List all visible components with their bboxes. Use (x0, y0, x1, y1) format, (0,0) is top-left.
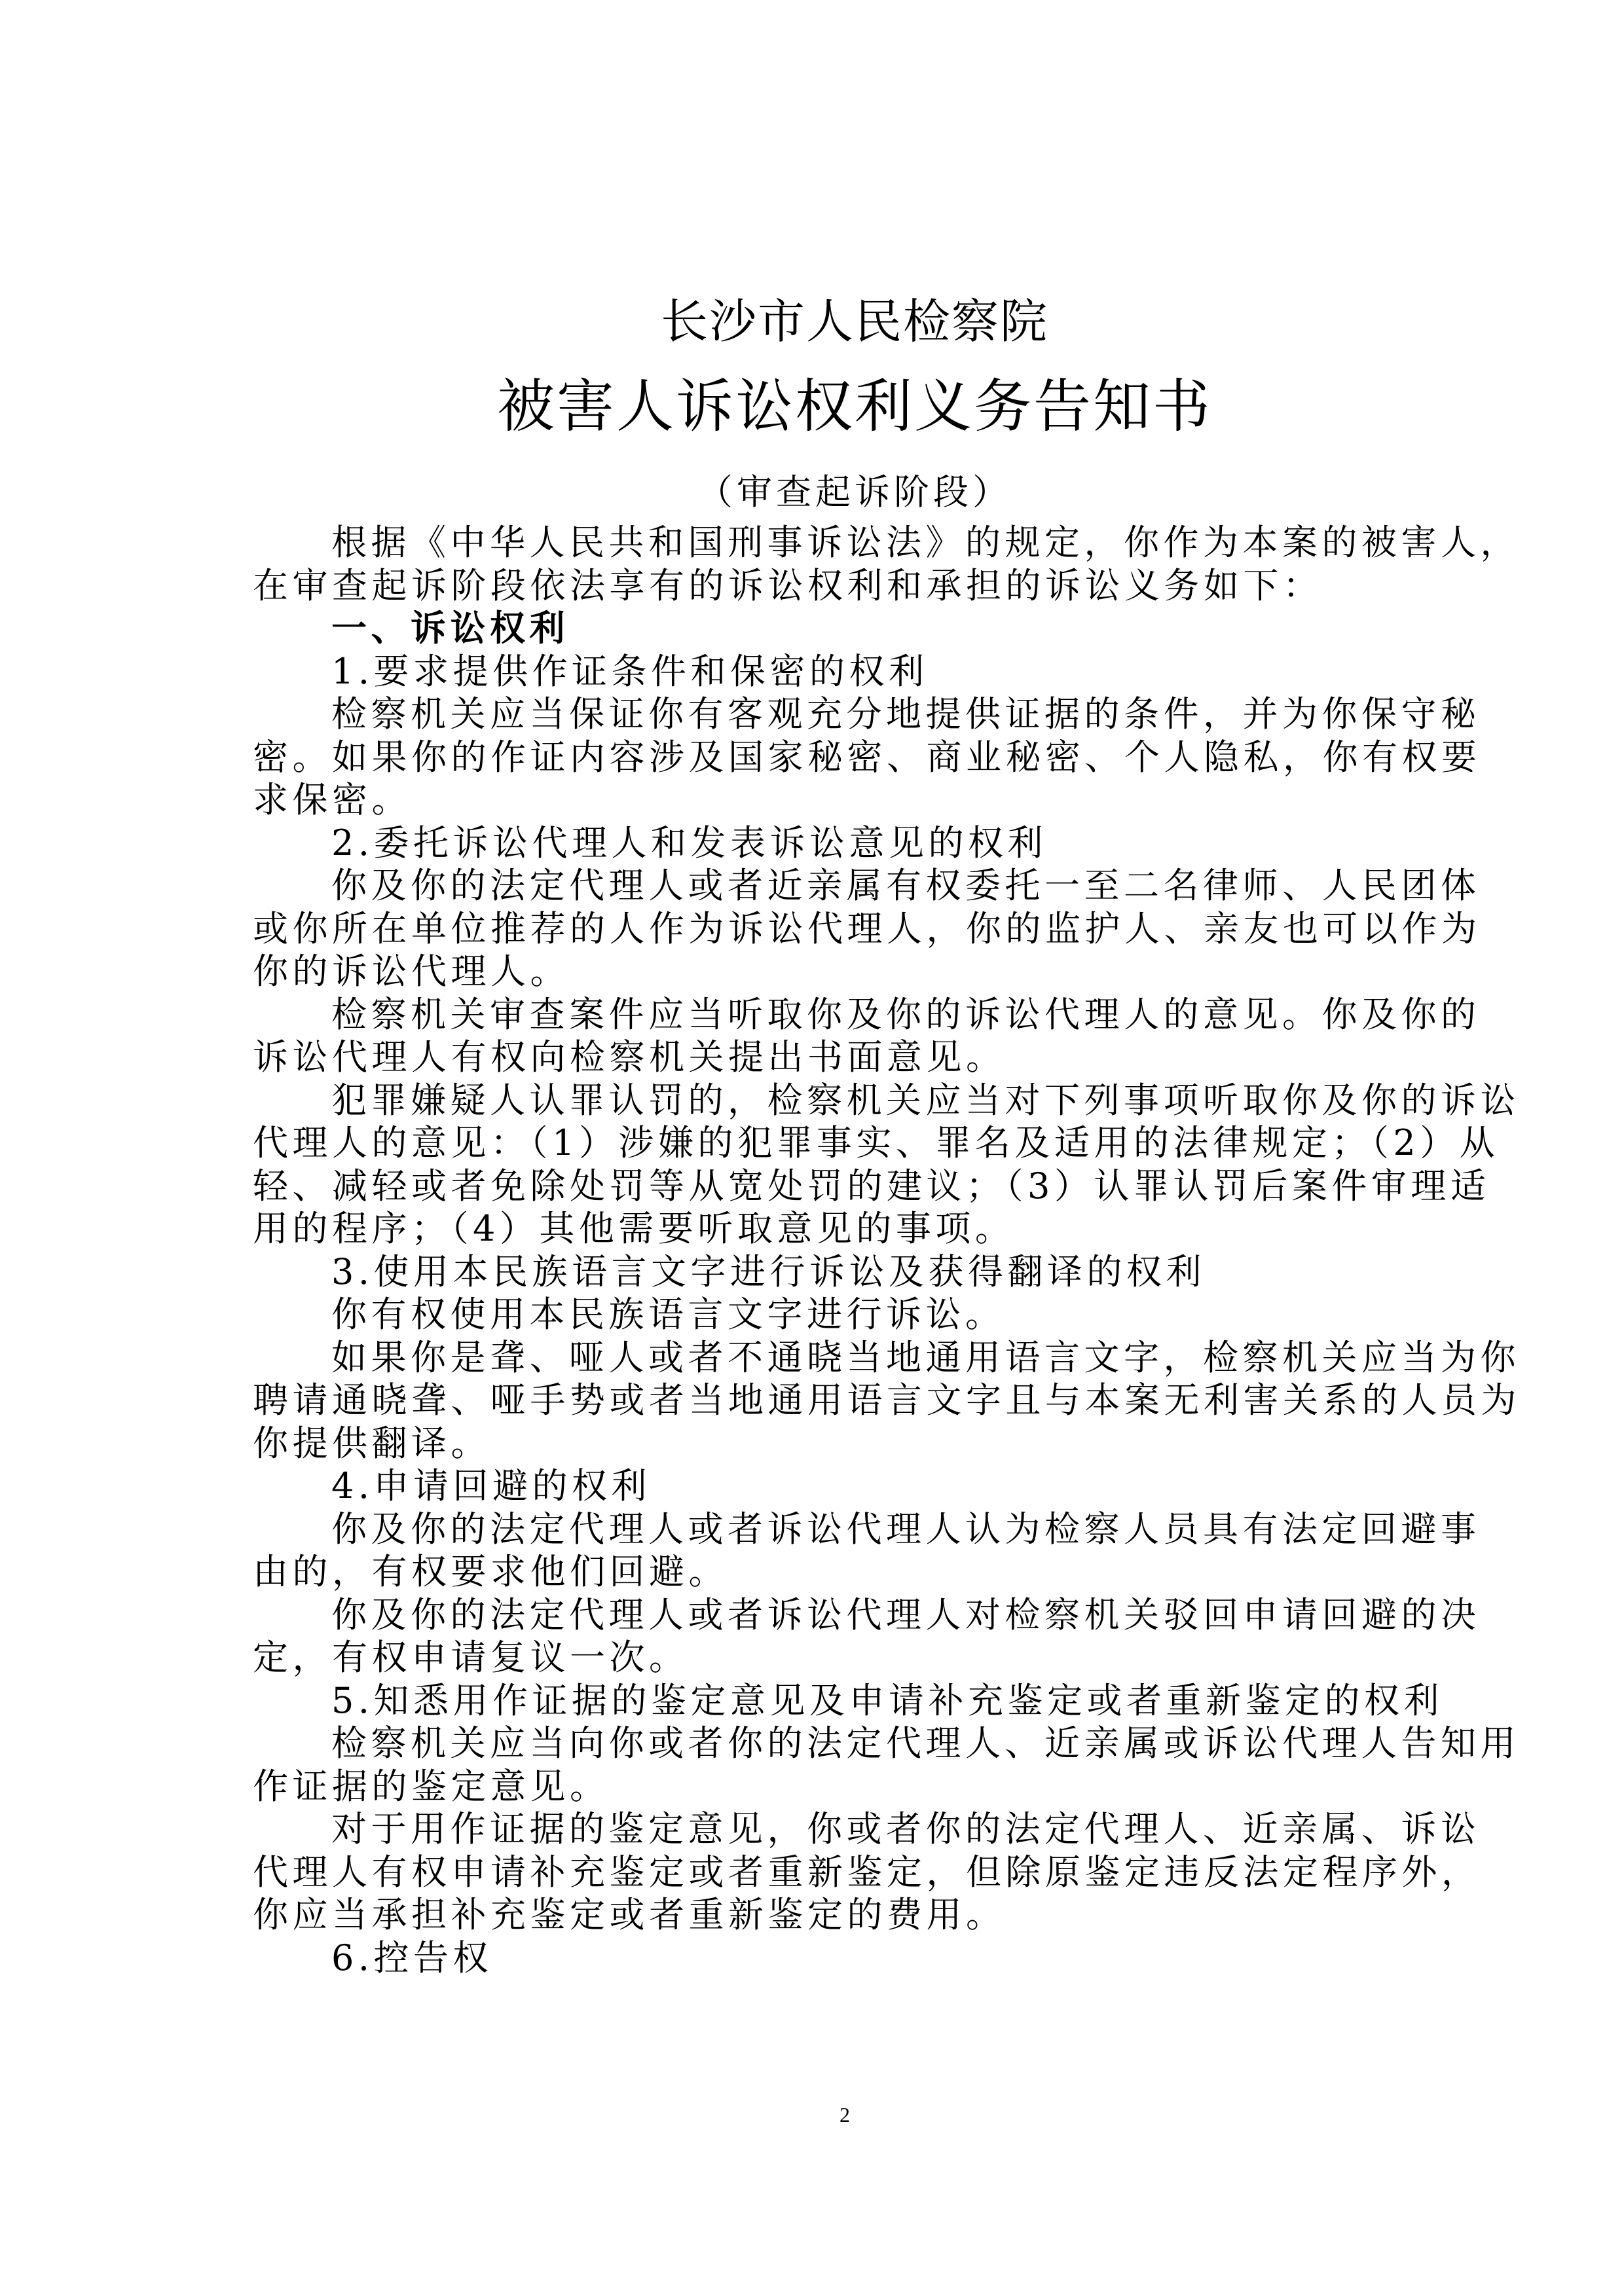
document-page: 长沙市人民检察院 被害人诉讼权利义务告知书 （审查起诉阶段） 根据《中华人民共和… (0, 0, 1624, 2296)
page-number: 2 (832, 2102, 858, 2128)
document-title: 被害人诉讼权利义务告知书 (0, 371, 1624, 443)
paragraph-line: 定，有权申请复议一次。 (253, 1636, 1451, 1679)
paragraph-line: 你应当承担补充鉴定或者重新鉴定的费用。 (253, 1893, 1451, 1937)
paragraph-line: 你的诉讼代理人。 (253, 950, 1451, 993)
paragraph-line: 检察机关审查案件应当听取你及你的诉讼代理人的意见。你及你的 (253, 993, 1451, 1036)
paragraph-line: 密。如果你的作证内容涉及国家秘密、商业秘密、个人隐私，你有权要 (253, 736, 1451, 779)
paragraph-line: 对于用作证据的鉴定意见，你或者你的法定代理人、近亲属、诉讼 (253, 1808, 1451, 1851)
right-heading: 1.要求提供作证条件和保密的权利 (253, 650, 1451, 693)
paragraph-line: 作证据的鉴定意见。 (253, 1765, 1451, 1808)
paragraph-line: 由的，有权要求他们回避。 (253, 1550, 1451, 1594)
right-heading: 2.委托诉讼代理人和发表诉讼意见的权利 (253, 822, 1451, 865)
document-body: 根据《中华人民共和国刑事诉讼法》的规定，你作为本案的被害人， 在审查起诉阶段依法… (253, 521, 1451, 1979)
document-subtitle: （审查起诉阶段） (0, 466, 1624, 519)
paragraph-line: 犯罪嫌疑人认罪认罚的，检察机关应当对下列事项听取你及你的诉讼 (253, 1079, 1451, 1122)
paragraph-line: 你及你的法定代理人或者近亲属有权委托一至二名律师、人民团体 (253, 864, 1451, 907)
intro-line: 根据《中华人民共和国刑事诉讼法》的规定，你作为本案的被害人， (253, 521, 1451, 564)
paragraph-line: 你及你的法定代理人或者诉讼代理人对检察机关驳回申请回避的决 (253, 1594, 1451, 1637)
paragraph-line: 求保密。 (253, 778, 1451, 822)
right-heading: 6.控告权 (253, 1937, 1451, 1980)
right-heading: 5.知悉用作证据的鉴定意见及申请补充鉴定或者重新鉴定的权利 (253, 1679, 1451, 1722)
intro-line: 在审查起诉阶段依法享有的诉讼权利和承担的诉讼义务如下： (253, 564, 1451, 608)
paragraph-line: 检察机关应当保证你有客观充分地提供证据的条件，并为你保守秘 (253, 693, 1451, 736)
paragraph-line: 检察机关应当向你或者你的法定代理人、近亲属或诉讼代理人告知用 (253, 1722, 1451, 1765)
paragraph-line: 用的程序；（4）其他需要听取意见的事项。 (253, 1207, 1451, 1250)
paragraph-line: 或你所在单位推荐的人作为诉讼代理人，你的监护人、亲友也可以作为 (253, 907, 1451, 951)
organization-name: 长沙市人民检察院 (0, 292, 1624, 351)
paragraph-line: 你及你的法定代理人或者诉讼代理人认为检察人员具有法定回避事 (253, 1508, 1451, 1551)
paragraph-line: 聘请通晓聋、哑手势或者当地通用语言文字且与本案无利害关系的人员为 (253, 1379, 1451, 1422)
paragraph-line: 代理人的意见：（1）涉嫌的犯罪事实、罪名及适用的法律规定；（2）从 (253, 1121, 1451, 1165)
right-heading: 4.申请回避的权利 (253, 1465, 1451, 1508)
section-heading: 一、诉讼权利 (253, 607, 1451, 650)
right-heading: 3.使用本民族语言文字进行诉讼及获得翻译的权利 (253, 1250, 1451, 1294)
paragraph-line: 如果你是聋、哑人或者不通晓当地通用语言文字，检察机关应当为你 (253, 1336, 1451, 1379)
paragraph-line: 代理人有权申请补充鉴定或者重新鉴定，但除原鉴定违反法定程序外， (253, 1851, 1451, 1894)
paragraph-line: 轻、减轻或者免除处罚等从宽处罚的建议；（3）认罪认罚后案件审理适 (253, 1165, 1451, 1208)
paragraph-line: 你有权使用本民族语言文字进行诉讼。 (253, 1293, 1451, 1336)
paragraph-line: 你提供翻译。 (253, 1422, 1451, 1465)
paragraph-line: 诉讼代理人有权向检察机关提出书面意见。 (253, 1036, 1451, 1079)
